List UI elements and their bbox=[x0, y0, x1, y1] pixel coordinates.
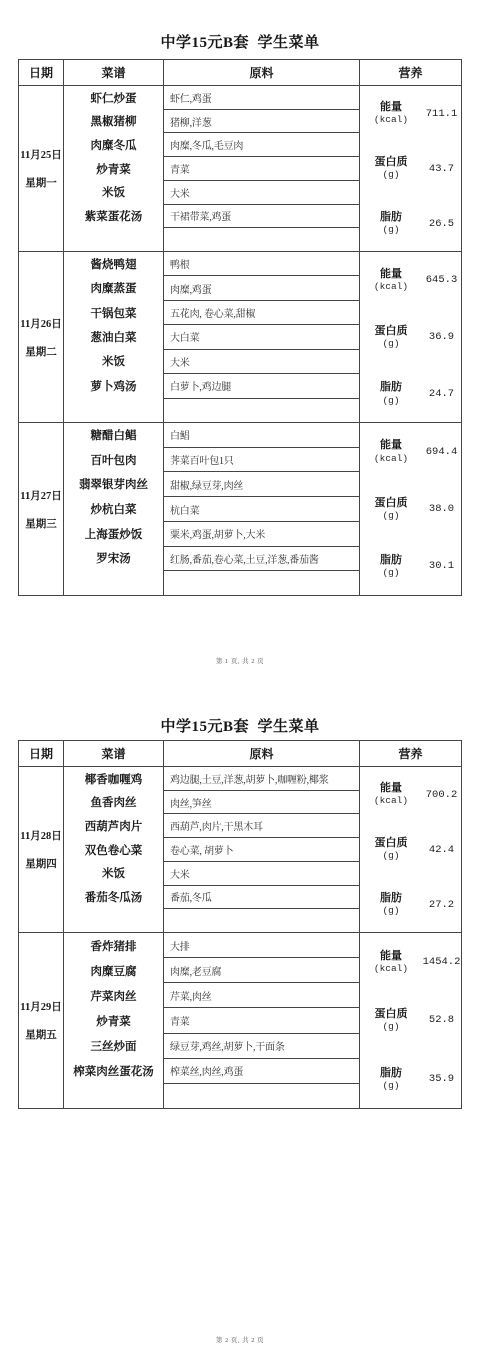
nutrition-unit: (g) bbox=[382, 224, 399, 235]
dish-name: 葱油白菜 bbox=[64, 325, 163, 349]
empty-row bbox=[164, 909, 359, 932]
dish-name: 黑椒猪柳 bbox=[64, 110, 163, 134]
empty-row bbox=[164, 399, 359, 422]
dish-name: 翡翠银芽肉丝 bbox=[64, 472, 163, 497]
day-block: 11月27日星期三糖醋白鲳百叶包肉翡翠银芽肉丝炒杭白菜上海蛋炒饭罗宋汤白鲳荠菜百… bbox=[19, 423, 461, 595]
nutrition-label-box: 蛋白质(g) bbox=[360, 156, 422, 181]
date-cell: 11月25日星期一 bbox=[19, 86, 64, 251]
nutrition-entry: 脂肪(g)26.5 bbox=[360, 196, 461, 251]
weekday-label: 星期五 bbox=[25, 1027, 57, 1042]
nutrition-entry: 脂肪(g)27.2 bbox=[360, 877, 461, 932]
nutrition-label: 蛋白质 bbox=[375, 156, 408, 169]
nutrition-label-box: 脂肪(g) bbox=[360, 1067, 422, 1092]
ingredients-row: 肉糜,老豆腐 bbox=[164, 958, 359, 983]
nutrition-entry: 蛋白质(g)43.7 bbox=[360, 141, 461, 196]
page-number-footer: 第 1 页, 共 2 页 bbox=[0, 658, 480, 666]
ingredients-row: 粟米,鸡蛋,胡萝卜,大米 bbox=[164, 522, 359, 547]
ingredients-row: 青菜 bbox=[164, 157, 359, 181]
menu-table: 日期菜谱原料营养11月25日星期一虾仁炒蛋黑椒猪柳肉糜冬瓜炒青菜米饭紫菜蛋花汤虾… bbox=[18, 59, 462, 596]
nutrition-unit: (g) bbox=[382, 169, 399, 180]
menu-table: 日期菜谱原料营养11月28日星期四椰香咖喱鸡鱼香肉丝西葫芦肉片双色卷心菜米饭番茄… bbox=[18, 740, 462, 1109]
nutrition-entry: 蛋白质(g)38.0 bbox=[360, 480, 461, 537]
ingredients-row: 大白菜 bbox=[164, 325, 359, 349]
empty-row bbox=[164, 228, 359, 251]
nutrition-label: 蛋白质 bbox=[375, 837, 408, 850]
weekday-label: 星期四 bbox=[25, 856, 57, 871]
day-block: 11月25日星期一虾仁炒蛋黑椒猪柳肉糜冬瓜炒青菜米饭紫菜蛋花汤虾仁,鸡蛋猪柳,洋… bbox=[19, 86, 461, 252]
table-header-row: 日期菜谱原料营养 bbox=[19, 741, 461, 767]
nutrition-label-box: 能量(kcal) bbox=[360, 101, 422, 126]
column-header-menu: 菜谱 bbox=[64, 60, 164, 85]
page-title: 中学15元B套 学生菜单 bbox=[0, 718, 480, 736]
dish-name: 三丝炒面 bbox=[64, 1033, 163, 1058]
weekday-label: 星期三 bbox=[25, 516, 57, 531]
menu-document: 中学15元B套 学生菜单日期菜谱原料营养11月25日星期一虾仁炒蛋黑椒猪柳肉糜冬… bbox=[0, 34, 480, 1345]
nutrition-label: 能量 bbox=[380, 782, 402, 795]
ingredients-row: 大排 bbox=[164, 933, 359, 958]
nutrition-label-box: 脂肪(g) bbox=[360, 211, 422, 236]
date-cell: 11月27日星期三 bbox=[19, 423, 64, 595]
nutrition-label-box: 能量(kcal) bbox=[360, 950, 422, 975]
nutrition-label-box: 蛋白质(g) bbox=[360, 325, 422, 350]
nutrition-entry: 蛋白质(g)52.8 bbox=[360, 991, 461, 1049]
nutrition-unit: (g) bbox=[382, 1080, 399, 1091]
ingredients-cell: 白鲳荠菜百叶包1只甜椒,绿豆芽,肉丝杭白菜粟米,鸡蛋,胡萝卜,大米红肠,番茄,卷… bbox=[164, 423, 360, 595]
empty-slot bbox=[64, 908, 163, 932]
nutrition-label: 蛋白质 bbox=[375, 1008, 408, 1021]
dish-name: 芹菜肉丝 bbox=[64, 983, 163, 1008]
nutrition-unit: (g) bbox=[382, 567, 399, 578]
ingredients-row: 大米 bbox=[164, 350, 359, 374]
dish-name: 米饭 bbox=[64, 349, 163, 373]
dish-name: 上海蛋炒饭 bbox=[64, 521, 163, 546]
weekday-label: 星期二 bbox=[25, 344, 57, 359]
nutrition-label-box: 蛋白质(g) bbox=[360, 497, 422, 522]
nutrition-label: 脂肪 bbox=[380, 554, 402, 567]
ingredients-row: 大米 bbox=[164, 181, 359, 205]
nutrition-unit: (kcal) bbox=[374, 114, 408, 125]
day-block: 11月29日星期五香炸猪排肉糜豆腐芹菜肉丝炒青菜三丝炒面榨菜肉丝蛋花汤大排肉糜,… bbox=[19, 933, 461, 1108]
nutrition-label-box: 能量(kcal) bbox=[360, 268, 422, 293]
nutrition-label-box: 蛋白质(g) bbox=[360, 1008, 422, 1033]
menu-cell: 椰香咖喱鸡鱼香肉丝西葫芦肉片双色卷心菜米饭番茄冬瓜汤 bbox=[64, 767, 164, 932]
page-title: 中学15元B套 学生菜单 bbox=[0, 34, 480, 52]
nutrition-label: 蛋白质 bbox=[375, 325, 408, 338]
ingredients-cell: 虾仁,鸡蛋猪柳,洋葱肉糜,冬瓜,毛豆肉青菜大米干裙带菜,鸡蛋 bbox=[164, 86, 360, 251]
dish-name: 炒青菜 bbox=[64, 1008, 163, 1033]
nutrition-label: 脂肪 bbox=[380, 381, 402, 394]
nutrition-label: 能量 bbox=[380, 101, 402, 114]
empty-row bbox=[164, 571, 359, 595]
nutrition-label-box: 脂肪(g) bbox=[360, 892, 422, 917]
ingredients-row: 肉糜,鸡蛋 bbox=[164, 276, 359, 300]
date-label: 11月26日 bbox=[20, 316, 61, 331]
nutrition-value: 700.2 bbox=[422, 789, 461, 801]
nutrition-unit: (kcal) bbox=[374, 453, 408, 464]
nutrition-label: 脂肪 bbox=[380, 1067, 402, 1080]
nutrition-value: 1454.2 bbox=[422, 956, 461, 968]
column-header-ingredients: 原料 bbox=[164, 741, 360, 766]
menu-cell: 酱烧鸭翅肉糜蒸蛋干锅包菜葱油白菜米饭萝卜鸡汤 bbox=[64, 252, 164, 422]
nutrition-label-box: 脂肪(g) bbox=[360, 381, 422, 406]
nutrition-unit: (kcal) bbox=[374, 963, 408, 974]
ingredients-row: 红肠,番茄,卷心菜,土豆,洋葱,番茄酱 bbox=[164, 547, 359, 572]
nutrition-entry: 蛋白质(g)42.4 bbox=[360, 822, 461, 877]
ingredients-row: 大米 bbox=[164, 862, 359, 886]
nutrition-entry: 能量(kcal)711.1 bbox=[360, 86, 461, 141]
nutrition-label-box: 能量(kcal) bbox=[360, 439, 422, 464]
dish-name: 肉糜冬瓜 bbox=[64, 133, 163, 157]
column-header-ingredients: 原料 bbox=[164, 60, 360, 85]
nutrition-value: 52.8 bbox=[422, 1014, 461, 1026]
nutrition-cell: 能量(kcal)694.4蛋白质(g)38.0脂肪(g)30.1 bbox=[360, 423, 461, 595]
dish-name: 紫菜蛋花汤 bbox=[64, 204, 163, 228]
nutrition-value: 42.4 bbox=[422, 844, 461, 856]
dish-name: 椰香咖喱鸡 bbox=[64, 767, 163, 791]
ingredients-row: 西葫芦,肉片,干黑木耳 bbox=[164, 814, 359, 838]
date-cell: 11月28日星期四 bbox=[19, 767, 64, 932]
column-header-nutrition: 营养 bbox=[360, 741, 461, 766]
nutrition-value: 36.9 bbox=[422, 331, 461, 343]
column-header-nutrition: 营养 bbox=[360, 60, 461, 85]
dish-name: 米饭 bbox=[64, 180, 163, 204]
dish-name: 炒青菜 bbox=[64, 157, 163, 181]
nutrition-unit: (g) bbox=[382, 905, 399, 916]
nutrition-value: 26.5 bbox=[422, 218, 461, 230]
day-block: 11月26日星期二酱烧鸭翅肉糜蒸蛋干锅包菜葱油白菜米饭萝卜鸡汤鸭根肉糜,鸡蛋五花… bbox=[19, 252, 461, 423]
ingredients-row: 榨菜丝,肉丝,鸡蛋 bbox=[164, 1059, 359, 1084]
ingredients-row: 猪柳,洋葱 bbox=[164, 110, 359, 134]
dish-name: 酱烧鸭翅 bbox=[64, 252, 163, 276]
nutrition-value: 645.3 bbox=[422, 274, 461, 286]
nutrition-value: 694.4 bbox=[422, 446, 461, 458]
ingredients-row: 干裙带菜,鸡蛋 bbox=[164, 205, 359, 229]
menu-cell: 香炸猪排肉糜豆腐芹菜肉丝炒青菜三丝炒面榨菜肉丝蛋花汤 bbox=[64, 933, 164, 1108]
ingredients-row: 白萝卜,鸡边腿 bbox=[164, 374, 359, 398]
date-label: 11月25日 bbox=[20, 147, 61, 162]
nutrition-entry: 能量(kcal)645.3 bbox=[360, 252, 461, 309]
nutrition-entry: 能量(kcal)700.2 bbox=[360, 767, 461, 822]
nutrition-unit: (g) bbox=[382, 850, 399, 861]
nutrition-value: 711.1 bbox=[422, 108, 461, 120]
dish-name: 榨菜肉丝蛋花汤 bbox=[64, 1058, 163, 1083]
nutrition-entry: 脂肪(g)30.1 bbox=[360, 538, 461, 595]
nutrition-label-box: 能量(kcal) bbox=[360, 782, 422, 807]
column-header-date: 日期 bbox=[19, 60, 64, 85]
dish-name: 米饭 bbox=[64, 861, 163, 885]
nutrition-entry: 脂肪(g)35.9 bbox=[360, 1050, 461, 1108]
dish-name: 罗宋汤 bbox=[64, 546, 163, 571]
ingredients-cell: 鸭根肉糜,鸡蛋五花肉, 卷心菜,甜椒大白菜大米白萝卜,鸡边腿 bbox=[164, 252, 360, 422]
nutrition-unit: (g) bbox=[382, 338, 399, 349]
table-header-row: 日期菜谱原料营养 bbox=[19, 60, 461, 86]
nutrition-label: 能量 bbox=[380, 439, 402, 452]
ingredients-row: 鸡边腿,土豆,洋葱,胡萝卜,咖喱粉,椰浆 bbox=[164, 767, 359, 791]
nutrition-cell: 能量(kcal)645.3蛋白质(g)36.9脂肪(g)24.7 bbox=[360, 252, 461, 422]
ingredients-row: 芹菜,肉丝 bbox=[164, 983, 359, 1008]
nutrition-label: 能量 bbox=[380, 950, 402, 963]
ingredients-row: 杭白菜 bbox=[164, 497, 359, 522]
ingredients-row: 鸭根 bbox=[164, 252, 359, 276]
nutrition-unit: (g) bbox=[382, 510, 399, 521]
nutrition-label: 脂肪 bbox=[380, 892, 402, 905]
date-cell: 11月29日星期五 bbox=[19, 933, 64, 1108]
nutrition-entry: 蛋白质(g)36.9 bbox=[360, 309, 461, 366]
nutrition-cell: 能量(kcal)1454.2蛋白质(g)52.8脂肪(g)35.9 bbox=[360, 933, 461, 1108]
nutrition-value: 30.1 bbox=[422, 560, 461, 572]
column-header-date: 日期 bbox=[19, 741, 64, 766]
menu-cell: 虾仁炒蛋黑椒猪柳肉糜冬瓜炒青菜米饭紫菜蛋花汤 bbox=[64, 86, 164, 251]
nutrition-label: 脂肪 bbox=[380, 211, 402, 224]
ingredients-row: 荠菜百叶包1只 bbox=[164, 448, 359, 473]
nutrition-unit: (g) bbox=[382, 395, 399, 406]
dish-name: 百叶包肉 bbox=[64, 448, 163, 473]
nutrition-entry: 能量(kcal)1454.2 bbox=[360, 933, 461, 991]
ingredients-row: 五花肉, 卷心菜,甜椒 bbox=[164, 301, 359, 325]
nutrition-cell: 能量(kcal)700.2蛋白质(g)42.4脂肪(g)27.2 bbox=[360, 767, 461, 932]
ingredients-row: 甜椒,绿豆芽,肉丝 bbox=[164, 472, 359, 497]
page-number-footer: 第 2 页, 共 2 页 bbox=[0, 1337, 480, 1345]
ingredients-row: 肉丝,笋丝 bbox=[164, 791, 359, 815]
ingredients-row: 番茄,冬瓜 bbox=[164, 886, 359, 910]
empty-slot bbox=[64, 570, 163, 595]
nutrition-value: 24.7 bbox=[422, 388, 461, 400]
nutrition-cell: 能量(kcal)711.1蛋白质(g)43.7脂肪(g)26.5 bbox=[360, 86, 461, 251]
weekday-label: 星期一 bbox=[25, 175, 57, 190]
nutrition-entry: 脂肪(g)24.7 bbox=[360, 365, 461, 422]
dish-name: 虾仁炒蛋 bbox=[64, 86, 163, 110]
dish-name: 西葫芦肉片 bbox=[64, 814, 163, 838]
menu-page-1: 中学15元B套 学生菜单日期菜谱原料营养11月25日星期一虾仁炒蛋黑椒猪柳肉糜冬… bbox=[0, 34, 480, 666]
ingredients-cell: 大排肉糜,老豆腐芹菜,肉丝青菜绿豆芽,鸡丝,胡萝卜,干面条榨菜丝,肉丝,鸡蛋 bbox=[164, 933, 360, 1108]
empty-slot bbox=[64, 398, 163, 422]
dish-name: 双色卷心菜 bbox=[64, 838, 163, 862]
date-label: 11月28日 bbox=[20, 828, 61, 843]
nutrition-label-box: 脂肪(g) bbox=[360, 554, 422, 579]
dish-name: 鱼香肉丝 bbox=[64, 791, 163, 815]
empty-row bbox=[164, 1084, 359, 1108]
ingredients-row: 绿豆芽,鸡丝,胡萝卜,干面条 bbox=[164, 1034, 359, 1059]
dish-name: 香炸猪排 bbox=[64, 933, 163, 958]
dish-name: 肉糜蒸蛋 bbox=[64, 276, 163, 300]
nutrition-entry: 能量(kcal)694.4 bbox=[360, 423, 461, 480]
menu-cell: 糖醋白鲳百叶包肉翡翠银芽肉丝炒杭白菜上海蛋炒饭罗宋汤 bbox=[64, 423, 164, 595]
dish-name: 肉糜豆腐 bbox=[64, 958, 163, 983]
ingredients-row: 青菜 bbox=[164, 1008, 359, 1033]
ingredients-row: 卷心菜, 胡萝卜 bbox=[164, 838, 359, 862]
nutrition-value: 43.7 bbox=[422, 163, 461, 175]
empty-slot bbox=[64, 227, 163, 251]
date-cell: 11月26日星期二 bbox=[19, 252, 64, 422]
dish-name: 干锅包菜 bbox=[64, 301, 163, 325]
ingredients-row: 肉糜,冬瓜,毛豆肉 bbox=[164, 133, 359, 157]
nutrition-unit: (kcal) bbox=[374, 281, 408, 292]
menu-page-2: 中学15元B套 学生菜单日期菜谱原料营养11月28日星期四椰香咖喱鸡鱼香肉丝西葫… bbox=[0, 718, 480, 1345]
nutrition-label: 能量 bbox=[380, 268, 402, 281]
ingredients-row: 虾仁,鸡蛋 bbox=[164, 86, 359, 110]
nutrition-unit: (g) bbox=[382, 1021, 399, 1032]
dish-name: 番茄冬瓜汤 bbox=[64, 885, 163, 909]
ingredients-cell: 鸡边腿,土豆,洋葱,胡萝卜,咖喱粉,椰浆肉丝,笋丝西葫芦,肉片,干黑木耳卷心菜,… bbox=[164, 767, 360, 932]
empty-slot bbox=[64, 1083, 163, 1108]
nutrition-value: 27.2 bbox=[422, 899, 461, 911]
date-label: 11月27日 bbox=[20, 488, 61, 503]
dish-name: 糖醋白鲳 bbox=[64, 423, 163, 448]
nutrition-value: 38.0 bbox=[422, 503, 461, 515]
nutrition-unit: (kcal) bbox=[374, 795, 408, 806]
nutrition-label-box: 蛋白质(g) bbox=[360, 837, 422, 862]
date-label: 11月29日 bbox=[20, 999, 61, 1014]
ingredients-row: 白鲳 bbox=[164, 423, 359, 448]
dish-name: 萝卜鸡汤 bbox=[64, 373, 163, 397]
day-block: 11月28日星期四椰香咖喱鸡鱼香肉丝西葫芦肉片双色卷心菜米饭番茄冬瓜汤鸡边腿,土… bbox=[19, 767, 461, 933]
nutrition-value: 35.9 bbox=[422, 1073, 461, 1085]
column-header-menu: 菜谱 bbox=[64, 741, 164, 766]
dish-name: 炒杭白菜 bbox=[64, 497, 163, 522]
nutrition-label: 蛋白质 bbox=[375, 497, 408, 510]
